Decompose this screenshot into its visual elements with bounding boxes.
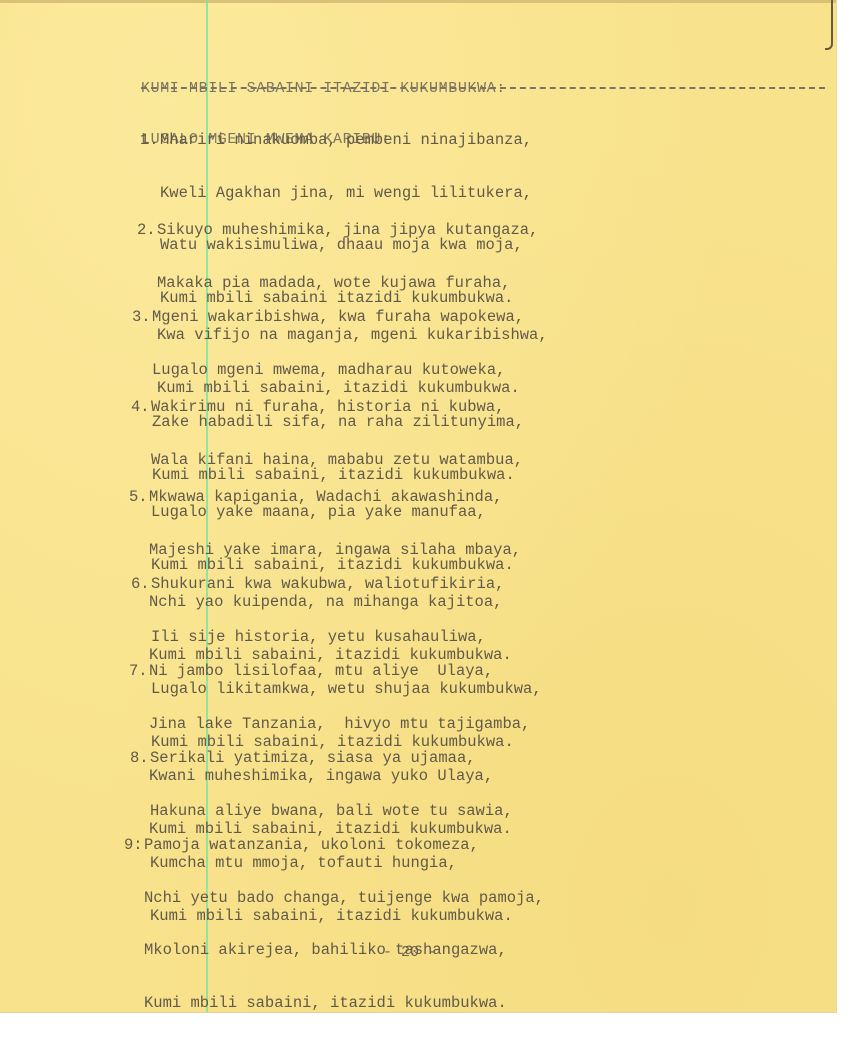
stanza-number: 4. [131, 399, 151, 417]
stanza-line: 3.Mgeni wakaribishwa, kwa furaha wapokew… [132, 309, 524, 327]
stanza-line: 4.Wakirimu ni furaha, historia ni kubwa, [131, 399, 523, 417]
stanza-number: 2. [137, 222, 157, 240]
stanza-9: 9:Pamoja watanzania, ukoloni tokomeza, N… [124, 802, 544, 1024]
stanza-number: 8. [130, 750, 150, 768]
page-number: - 20 - [383, 944, 437, 961]
stanza-line: Nchi yetu bado changa, tuijenge kwa pamo… [124, 890, 544, 908]
dashed-divider [141, 87, 825, 89]
stanza-line: 9:Pamoja watanzania, ukoloni tokomeza, [124, 837, 544, 855]
stanza-line: Kumi mbili sabaini, itazidi kukumbukwa. [124, 995, 544, 1013]
stanza-line: 2.Sikuyo muheshimika, jina jipya kutanga… [137, 222, 548, 240]
stanza-line: 1.Mhariri ninakuomba, pembeni ninajibanz… [140, 132, 532, 150]
stanza-number: 3. [132, 309, 152, 327]
stanza-number: 9: [124, 837, 144, 855]
stanza-number: 1. [140, 132, 160, 150]
stanza-line: 8.Serikali yatimiza, siasa ya ujamaa, [130, 750, 513, 768]
stanza-line: 6.Shukurani kwa wakubwa, waliotufikiria, [131, 576, 542, 594]
stanza-number: 7. [129, 663, 149, 681]
staple-icon [825, 0, 833, 50]
stanza-number: 5. [129, 489, 149, 507]
typewritten-page: KUMI MBILI SABAINI ITAZIDI KUKUMBUKWA: L… [0, 0, 837, 1013]
stanza-line: Mkoloni akirejea, bahiliko tashangazwa, [124, 942, 544, 960]
stanza-number: 6. [131, 576, 151, 594]
paper-top-edge [0, 0, 836, 3]
stanza-line: 5.Mkwawa kapigania, Wadachi akawashinda, [129, 489, 521, 507]
stanza-line: 7.Ni jambo lisilofaa, mtu aliye Ulaya, [129, 663, 530, 681]
